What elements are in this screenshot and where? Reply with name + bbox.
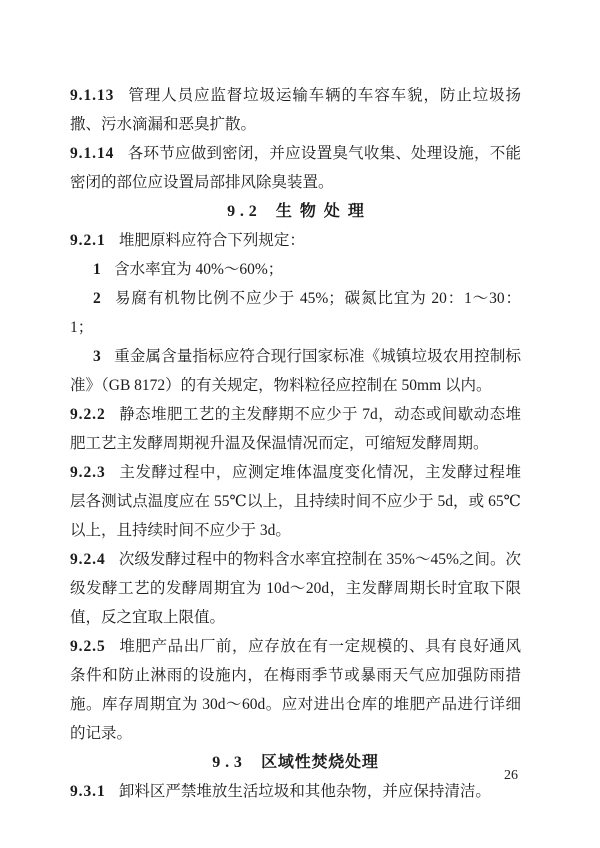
item-number: 2 bbox=[93, 290, 102, 307]
clause-number: 9.2.1 bbox=[70, 232, 106, 249]
clause-9-2-2: 9.2.2静态堆肥工艺的主发酵期不应少于 7d，动态或间歇动态堆肥工艺主发酵周期… bbox=[70, 400, 521, 458]
clause-text: 各环节应做到密闭，并应设置臭气收集、处理设施，不能密闭的部位应设置局部排风除臭装… bbox=[70, 145, 521, 191]
clause-9-2-5: 9.2.5堆肥产品出厂前，应存放在有一定规模的、具有良好通风条件和防止淋雨的设施… bbox=[70, 632, 521, 748]
item-text: 易腐有机物比例不应少于 45%；碳氮比宜为 20：1～30：1； bbox=[70, 290, 521, 336]
clause-number: 9.2.3 bbox=[70, 464, 106, 481]
clause-number: 9.3.1 bbox=[70, 783, 106, 800]
list-item-3: 3重金属含量指标应符合现行国家标准《城镇垃圾农用控制标准》（GB 8172）的有… bbox=[70, 342, 521, 400]
clause-text: 堆肥原料应符合下列规定： bbox=[119, 232, 305, 249]
section-number: 9.2 bbox=[227, 203, 261, 220]
clause-text: 管理人员应监督垃圾运输车辆的车容车貌，防止垃圾扬撒、污水滴漏和恶臭扩散。 bbox=[70, 87, 521, 133]
clause-number: 9.2.4 bbox=[70, 551, 106, 568]
page-content: 9.1.13管理人员应监督垃圾运输车辆的车容车貌，防止垃圾扬撒、污水滴漏和恶臭扩… bbox=[70, 81, 521, 806]
clause-number: 9.2.2 bbox=[70, 406, 106, 423]
list-item-1: 1含水率宜为 40%～60%； bbox=[70, 255, 521, 284]
clause-9-2-1: 9.2.1堆肥原料应符合下列规定： bbox=[70, 226, 521, 255]
clause-9-3-1: 9.3.1卸料区严禁堆放生活垃圾和其他杂物，并应保持清洁。 bbox=[70, 777, 521, 806]
clause-number: 9.2.5 bbox=[70, 638, 106, 655]
list-item-2: 2易腐有机物比例不应少于 45%；碳氮比宜为 20：1～30：1； bbox=[70, 284, 521, 342]
clause-text: 次级发酵过程中的物料含水率宜控制在 35%～45%之间。次级发酵工艺的发酵周期宜… bbox=[70, 551, 521, 626]
item-text: 重金属含量指标应符合现行国家标准《城镇垃圾农用控制标准》（GB 8172）的有关… bbox=[70, 348, 521, 394]
clause-text: 静态堆肥工艺的主发酵期不应少于 7d，动态或间歇动态堆肥工艺主发酵周期视升温及保… bbox=[70, 406, 521, 452]
section-title: 区域性焚烧处理 bbox=[261, 754, 379, 771]
clause-number: 9.1.14 bbox=[70, 145, 114, 162]
clause-9-2-3: 9.2.3主发酵过程中，应测定堆体温度变化情况，主发酵过程堆层各测试点温度应在 … bbox=[70, 458, 521, 545]
clause-9-2-4: 9.2.4次级发酵过程中的物料含水率宜控制在 35%～45%之间。次级发酵工艺的… bbox=[70, 545, 521, 632]
section-heading-9-2: 9.2生物处理 bbox=[70, 197, 521, 226]
section-heading-9-3: 9.3区域性焚烧处理 bbox=[70, 748, 521, 777]
item-number: 3 bbox=[93, 348, 102, 365]
clause-text: 堆肥产品出厂前，应存放在有一定规模的、具有良好通风条件和防止淋雨的设施内，在梅雨… bbox=[70, 638, 521, 742]
section-number: 9.3 bbox=[212, 754, 246, 771]
clause-text: 主发酵过程中，应测定堆体温度变化情况，主发酵过程堆层各测试点温度应在 55℃以上… bbox=[70, 464, 521, 539]
clause-number: 9.1.13 bbox=[70, 87, 114, 104]
clause-9-1-14: 9.1.14各环节应做到密闭，并应设置臭气收集、处理设施，不能密闭的部位应设置局… bbox=[70, 139, 521, 197]
document-page: 9.1.13管理人员应监督垃圾运输车辆的车容车貌，防止垃圾扬撒、污水滴漏和恶臭扩… bbox=[0, 0, 600, 848]
clause-text: 卸料区严禁堆放生活垃圾和其他杂物，并应保持清洁。 bbox=[119, 783, 491, 800]
section-title: 生物处理 bbox=[276, 203, 372, 220]
item-text: 含水率宜为 40%～60%； bbox=[114, 261, 283, 278]
item-number: 1 bbox=[93, 261, 102, 278]
clause-9-1-13: 9.1.13管理人员应监督垃圾运输车辆的车容车貌，防止垃圾扬撒、污水滴漏和恶臭扩… bbox=[70, 81, 521, 139]
page-number: 26 bbox=[504, 766, 518, 786]
